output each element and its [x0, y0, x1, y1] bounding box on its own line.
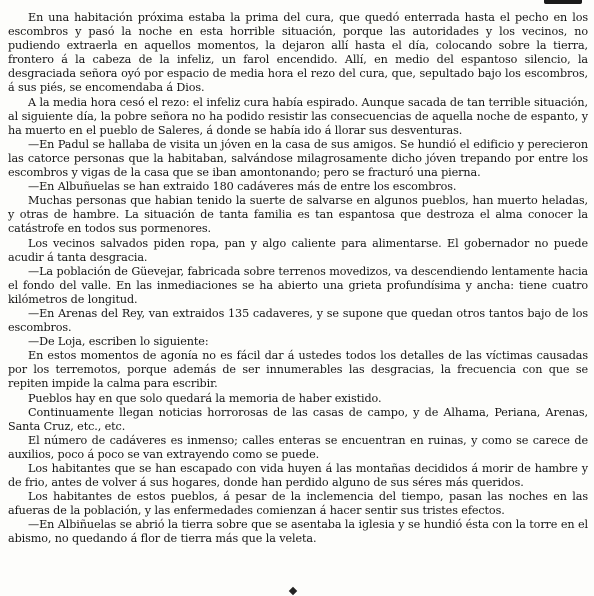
paragraph: —En Padul se hallaba de visita un jóven … [8, 138, 588, 180]
paragraph: —En Albiñuelas se abrió la tierra sobre … [8, 518, 588, 546]
paragraph: —La población de Güevejar, fabricada sob… [8, 265, 588, 307]
paragraph: Los habitantes de estos pueblos, á pesar… [8, 490, 588, 518]
paragraph: —En Albuñuelas se han extraido 180 cadáv… [8, 180, 588, 194]
paragraph: —De Loja, escriben lo siguiente: [8, 335, 588, 349]
print-ornament-mark [289, 587, 297, 595]
paragraph: Los habitantes que se han escapado con v… [8, 462, 588, 490]
paragraph: En estos momentos de agonía no es fácil … [8, 349, 588, 391]
paragraph: Continuamente llegan noticias horrorosas… [8, 406, 588, 434]
paragraph: —En Arenas del Rey, van extraidos 135 ca… [8, 307, 588, 335]
newspaper-page: En una habitación próxima estaba la prim… [0, 0, 594, 596]
article-body: En una habitación próxima estaba la prim… [8, 11, 588, 547]
paragraph: Pueblos hay en que solo quedará la memor… [8, 392, 588, 406]
paragraph: En una habitación próxima estaba la prim… [8, 11, 588, 96]
paragraph: Los vecinos salvados piden ropa, pan y a… [8, 237, 588, 265]
paragraph: Muchas personas que habian tenido la sue… [8, 194, 588, 236]
paragraph: A la media hora cesó el rezo: el infeliz… [8, 96, 588, 138]
page-number-fragment [544, 0, 582, 4]
paragraph: El número de cadáveres es inmenso; calle… [8, 434, 588, 462]
